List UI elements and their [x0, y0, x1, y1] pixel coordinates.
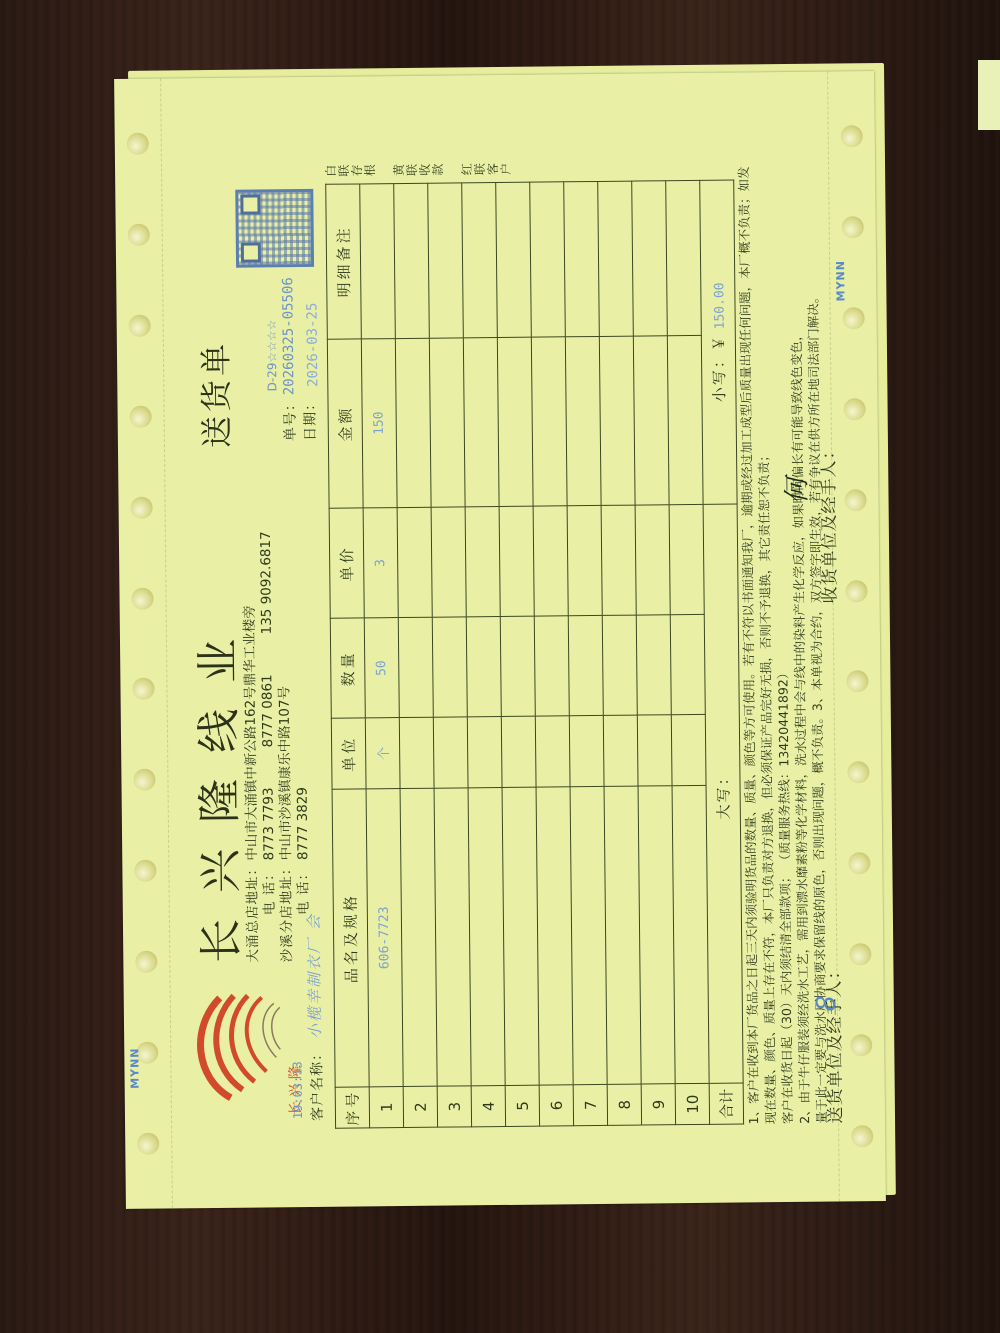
cell-price: 3 — [363, 508, 398, 618]
cell-qty — [534, 616, 569, 717]
sprocket-hole — [843, 307, 865, 329]
sprocket-hole — [130, 496, 152, 518]
cell-no: 9 — [641, 1084, 675, 1125]
header-no: 序号 — [335, 1087, 369, 1128]
company-name: 长兴隆线业 — [182, 613, 250, 964]
form-header: 长兴隆 长兴隆线业 送货单 大涌总店地址： 中山市大涌镇中新公路162号鼎华工业… — [175, 117, 331, 1138]
doc-no-value: 20260325-05506 — [280, 277, 297, 395]
meta-row: 19:03:13 客户名称： 小榄幸制衣厂 会 D-29☆☆☆☆ 单号： 202… — [293, 117, 328, 1131]
cell-price — [669, 505, 704, 615]
company-logo-icon — [190, 987, 287, 1108]
cell-amount — [633, 335, 669, 505]
date-value: 2026-03-25 — [304, 303, 321, 387]
cell-qty — [670, 615, 705, 716]
header-qty: 数量 — [330, 618, 365, 719]
terms-notes: 1、客户在收到本厂货品之日起三天内须验明货品的数量、质量、颜色等方可使用。若有不… — [735, 164, 830, 1125]
cell-unit — [637, 715, 672, 786]
sprocket-hole — [848, 852, 870, 874]
receiver-label: 收货单位及经手人： — [814, 441, 841, 603]
sprocket-hole — [128, 224, 150, 246]
cell-qty — [398, 618, 433, 719]
total-small: 小写：￥ 150.00 — [700, 180, 737, 505]
cell-unit — [399, 718, 434, 789]
customer-time: 19:03:13 — [290, 1061, 305, 1119]
cell-name — [400, 788, 437, 1087]
hq-phone-1: 8773 7793 — [261, 787, 279, 860]
sprocket-hole — [849, 943, 871, 965]
cell-remark — [462, 183, 498, 338]
cell-name — [468, 787, 505, 1086]
copy-labels: 白联存根 黄联收款 红联客户 — [325, 155, 529, 177]
cell-price — [635, 505, 670, 615]
cell-qty — [466, 617, 501, 718]
cell-no: 5 — [505, 1085, 539, 1126]
customer-label: 客户名称： — [306, 1046, 327, 1121]
branch-address: 中山市沙溪镇康乐中路107号 — [276, 686, 295, 860]
sender-label: 送货单位及经手人： — [819, 961, 846, 1123]
cell-remark — [360, 184, 396, 339]
sprocket-hole — [129, 315, 151, 337]
header-name: 品名及规格 — [332, 789, 369, 1088]
doc-no-label: 单号： — [279, 396, 299, 441]
doc-no-prefix: D-29☆☆☆☆ — [265, 319, 280, 391]
header-unit: 单位 — [331, 718, 366, 789]
cell-unit — [501, 717, 536, 788]
cell-qty — [636, 615, 671, 716]
cell-amount — [497, 337, 533, 507]
total-capital-label: 大写： — [714, 768, 733, 819]
cell-no: 8 — [607, 1084, 641, 1125]
cell-amount — [463, 337, 499, 507]
cell-no: 7 — [573, 1085, 607, 1126]
sprocket-hole — [851, 1125, 873, 1147]
sprocket-hole — [132, 678, 154, 700]
cell-remark — [530, 182, 566, 337]
cell-qty — [432, 617, 467, 718]
sprocket-hole — [850, 1034, 872, 1056]
cell-amount: 150 — [361, 338, 397, 508]
delivery-form: 长兴隆 长兴隆线业 送货单 大涌总店地址： 中山市大涌镇中新公路162号鼎华工业… — [175, 112, 826, 1139]
sprocket-hole — [847, 761, 869, 783]
cell-name — [502, 787, 539, 1086]
cell-remark — [496, 182, 532, 337]
cell-qty — [568, 616, 603, 717]
sprocket-hole — [133, 769, 155, 791]
cell-price — [499, 506, 534, 616]
cell-no: 3 — [437, 1086, 471, 1127]
header-price: 单价 — [329, 508, 364, 618]
cell-remark — [598, 181, 634, 336]
cell-no: 2 — [403, 1086, 437, 1127]
strip-stamp: MYNN — [128, 1047, 141, 1088]
sprocket-hole — [130, 406, 152, 428]
customer-name: 小榄幸制衣厂 会 — [303, 913, 325, 1039]
cell-unit: 个 — [365, 718, 400, 789]
delivery-note: MYNN MYNN — [114, 71, 886, 1209]
sprocket-hole — [127, 133, 149, 155]
cell-name — [570, 786, 607, 1085]
cell-amount — [429, 338, 465, 508]
hq-phone-2: 8777 0861 — [259, 674, 277, 747]
sprocket-hole — [845, 580, 867, 602]
total-small-value: 150.00 — [712, 282, 727, 329]
sprocket-hole — [137, 1132, 159, 1154]
header-remark: 明细备注 — [326, 184, 362, 339]
cell-no: 4 — [471, 1086, 505, 1127]
copy-label-white: 白联存根 — [325, 156, 377, 177]
cell-no: 1 — [369, 1087, 403, 1128]
cell-price — [567, 506, 602, 616]
sprocket-hole — [843, 398, 865, 420]
items-table: 序号 品名及规格 单位 数量 单价 金额 明细备注 1 606-7723 个 5 — [325, 180, 744, 1129]
cell-remark — [394, 183, 430, 338]
cell-remark — [666, 180, 702, 335]
cell-name — [638, 786, 675, 1085]
cell-qty — [500, 616, 535, 717]
branch-address-label: 沙溪分店地址： — [278, 866, 296, 962]
sprocket-hole — [846, 671, 868, 693]
copy-label-yellow: 黄联收款 — [393, 156, 445, 177]
receiver-signature: 何 — [776, 477, 813, 504]
adjacent-paper-edge — [978, 60, 1000, 130]
cell-name: 606-7723 — [366, 788, 403, 1087]
cell-remark — [632, 181, 668, 336]
document-title: 送货单 — [191, 340, 238, 448]
copy-label-red: 红联客户 — [461, 155, 513, 176]
sprocket-hole — [134, 860, 156, 882]
cell-name — [604, 786, 641, 1085]
cell-name — [536, 787, 573, 1086]
sprocket-hole — [844, 489, 866, 511]
cell-unit — [467, 717, 502, 788]
cell-unit — [535, 716, 570, 787]
sprocket-hole — [841, 126, 863, 148]
date-label: 日期： — [299, 396, 319, 441]
cell-price — [465, 507, 500, 617]
cell-price — [397, 507, 432, 617]
hq-phone-3: 135 9092.6817 — [258, 531, 276, 634]
cell-qty: 50 — [364, 618, 399, 719]
cell-amount — [565, 336, 601, 506]
cell-remark — [564, 181, 600, 336]
sprocket-hole — [135, 951, 157, 973]
header-amount: 金额 — [327, 339, 363, 509]
sender-signature: 8 — [812, 994, 842, 1012]
cell-price — [431, 507, 466, 617]
cell-qty — [602, 615, 637, 716]
cell-amount — [667, 335, 703, 505]
cell-price — [601, 505, 636, 615]
total-small-label: 小写：￥ — [710, 334, 729, 402]
total-label: 合计 — [709, 1083, 743, 1124]
cell-price — [533, 506, 568, 616]
cell-unit — [569, 716, 604, 787]
cell-unit — [671, 715, 706, 786]
sprocket-hole — [842, 216, 864, 238]
cell-amount — [531, 336, 567, 506]
cell-unit — [433, 717, 468, 788]
cell-remark — [428, 183, 464, 338]
cell-amount — [599, 336, 635, 506]
sprocket-hole — [131, 587, 153, 609]
cell-no: 6 — [539, 1085, 573, 1126]
cell-name — [434, 788, 471, 1087]
cell-amount — [395, 338, 431, 508]
total-capital: 大写： — [703, 504, 743, 1083]
hq-phone-label: 电 话： — [261, 866, 279, 962]
cell-name — [672, 785, 709, 1084]
hq-address-label: 大涌总店地址： — [244, 867, 262, 963]
cell-unit — [603, 716, 638, 787]
strip-stamp: MYNN — [834, 260, 847, 301]
delivery-note-stack: MYNN MYNN — [114, 71, 886, 1209]
cell-no: 10 — [675, 1084, 709, 1125]
